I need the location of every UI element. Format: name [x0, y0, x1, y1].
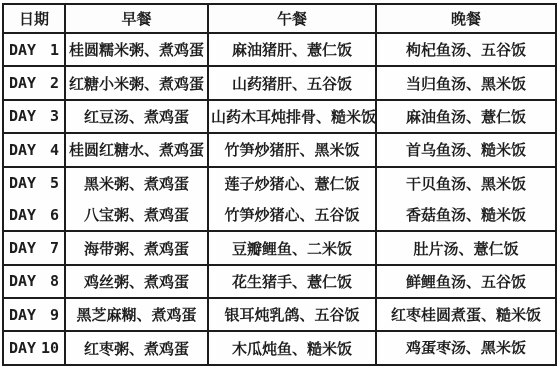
day-cell: DAY6: [3, 199, 65, 231]
day-label: DAY: [9, 206, 36, 224]
day-number: 2: [50, 74, 59, 92]
breakfast-cell: 桂圆糯米粥、煮鸡蛋: [65, 33, 208, 66]
table-row: DAY1 桂圆糯米粥、煮鸡蛋 麻油猪肝、薏仁饭 枸杞鱼汤、五谷饭: [3, 33, 556, 66]
breakfast-cell: 桂圆红糖水、煮鸡蛋: [65, 133, 208, 166]
dinner-cell: 干贝鱼汤、黑米饭: [376, 167, 556, 199]
day-cell: DAY2: [3, 66, 65, 99]
day-number: 9: [50, 306, 59, 324]
table-row: DAY8 鸡丝粥、煮鸡蛋 花生猪手、薏仁饭 鲜鲤鱼汤、五谷饭: [3, 265, 556, 298]
dinner-cell: 鲜鲤鱼汤、五谷饭: [376, 265, 556, 298]
lunch-cell: 竹笋炒猪心、五谷饭: [208, 199, 376, 231]
lunch-cell: 豆瓣鲤鱼、二米饭: [208, 231, 376, 264]
table-row: DAY2 红糖小米粥、煮鸡蛋 山药猪肝、五谷饭 当归鱼汤、黑米饭: [3, 66, 556, 99]
breakfast-cell: 鸡丝粥、煮鸡蛋: [65, 265, 208, 298]
day-number: 4: [50, 141, 59, 159]
dinner-cell-faded-watermark: 鸡蛋枣汤、黑米饭: [375, 331, 557, 365]
header-cell-breakfast: 早餐: [65, 4, 208, 33]
table-row: DAY9 黑芝麻糊、煮鸡蛋 银耳炖乳鸽、五谷饭 红枣桂圆煮蛋、糙米饭: [3, 298, 556, 331]
dinner-cell: 当归鱼汤、黑米饭: [376, 66, 556, 99]
day-number: 1: [50, 41, 59, 59]
breakfast-cell: 八宝粥、煮鸡蛋: [65, 199, 208, 231]
day-number: 10: [41, 339, 59, 357]
breakfast-cell: 黑芝麻糊、煮鸡蛋: [65, 298, 208, 331]
day-label: DAY: [9, 141, 36, 159]
dinner-cell: 麻油鱼汤、薏仁饭: [376, 100, 556, 133]
day-label: DAY: [9, 239, 36, 257]
day-cell: DAY4: [3, 133, 65, 166]
day-cell: DAY7: [3, 231, 65, 264]
lunch-cell: 山药木耳炖排骨、糙米饭: [208, 100, 376, 133]
header-cell-date: 日期: [3, 4, 65, 33]
table-row: DAY6 八宝粥、煮鸡蛋 竹笋炒猪心、五谷饭 香菇鱼汤、糙米饭: [3, 199, 556, 231]
header-cell-lunch: 午餐: [208, 4, 376, 33]
lunch-cell: 花生猪手、薏仁饭: [208, 265, 376, 298]
header-cell-dinner: 晚餐: [376, 4, 556, 33]
lunch-cell: 莲子炒猪心、薏仁饭: [208, 167, 376, 199]
breakfast-cell: 红糖小米粥、煮鸡蛋: [65, 66, 208, 99]
day-label: DAY: [9, 272, 36, 290]
day-label: DAY: [9, 41, 36, 59]
day-cell: DAY5: [3, 167, 65, 199]
table-header-row: 日期 早餐 午餐 晚餐: [3, 4, 556, 33]
lunch-cell: 木瓜炖鱼、糙米饭: [208, 331, 376, 365]
meal-schedule-table: 日期 早餐 午餐 晚餐 DAY1 桂圆糯米粥、煮鸡蛋 麻油猪肝、薏仁饭 枸杞鱼汤…: [2, 3, 557, 366]
table-row: DAY10 红枣粥、煮鸡蛋 木瓜炖鱼、糙米饭 鸡蛋枣汤、黑米饭: [3, 331, 556, 365]
breakfast-cell: 海带粥、煮鸡蛋: [65, 231, 208, 264]
day-number: 7: [50, 239, 59, 257]
day-label: DAY: [9, 339, 36, 357]
table-row: DAY5 黑米粥、煮鸡蛋 莲子炒猪心、薏仁饭 干贝鱼汤、黑米饭: [3, 167, 556, 199]
dinner-cell: 肚片汤、薏仁饭: [376, 231, 556, 264]
day-label: DAY: [9, 174, 36, 192]
day-number: 5: [50, 174, 59, 192]
day-cell: DAY9: [3, 298, 65, 331]
dinner-cell: 香菇鱼汤、糙米饭: [376, 199, 556, 231]
day-label: DAY: [9, 306, 36, 324]
dinner-cell: 红枣桂圆煮蛋、糙米饭: [376, 298, 556, 331]
table-row: DAY4 桂圆红糖水、煮鸡蛋 竹笋炒猪肝、黑米饭 首乌鱼汤、糙米饭: [3, 133, 556, 166]
day-label: DAY: [9, 74, 36, 92]
lunch-cell: 麻油猪肝、薏仁饭: [208, 33, 376, 66]
lunch-cell: 山药猪肝、五谷饭: [208, 66, 376, 99]
day-number: 3: [50, 107, 59, 125]
day-label: DAY: [9, 107, 36, 125]
dinner-cell: 首乌鱼汤、糙米饭: [376, 133, 556, 166]
day-number: 8: [50, 272, 59, 290]
lunch-cell: 竹笋炒猪肝、黑米饭: [208, 133, 376, 166]
day-cell: DAY3: [3, 100, 65, 133]
day-cell: DAY10: [3, 331, 65, 365]
dinner-cell: 枸杞鱼汤、五谷饭: [376, 33, 556, 66]
day-number: 6: [50, 206, 59, 224]
day-cell: DAY8: [3, 265, 65, 298]
breakfast-cell: 红枣粥、煮鸡蛋: [65, 331, 208, 365]
table-row: DAY3 红豆汤、煮鸡蛋 山药木耳炖排骨、糙米饭 麻油鱼汤、薏仁饭: [3, 100, 556, 133]
day-cell: DAY1: [3, 33, 65, 66]
breakfast-cell: 红豆汤、煮鸡蛋: [65, 100, 208, 133]
lunch-cell: 银耳炖乳鸽、五谷饭: [208, 298, 376, 331]
breakfast-cell: 黑米粥、煮鸡蛋: [65, 167, 208, 199]
table-row: DAY7 海带粥、煮鸡蛋 豆瓣鲤鱼、二米饭 肚片汤、薏仁饭: [3, 231, 556, 264]
